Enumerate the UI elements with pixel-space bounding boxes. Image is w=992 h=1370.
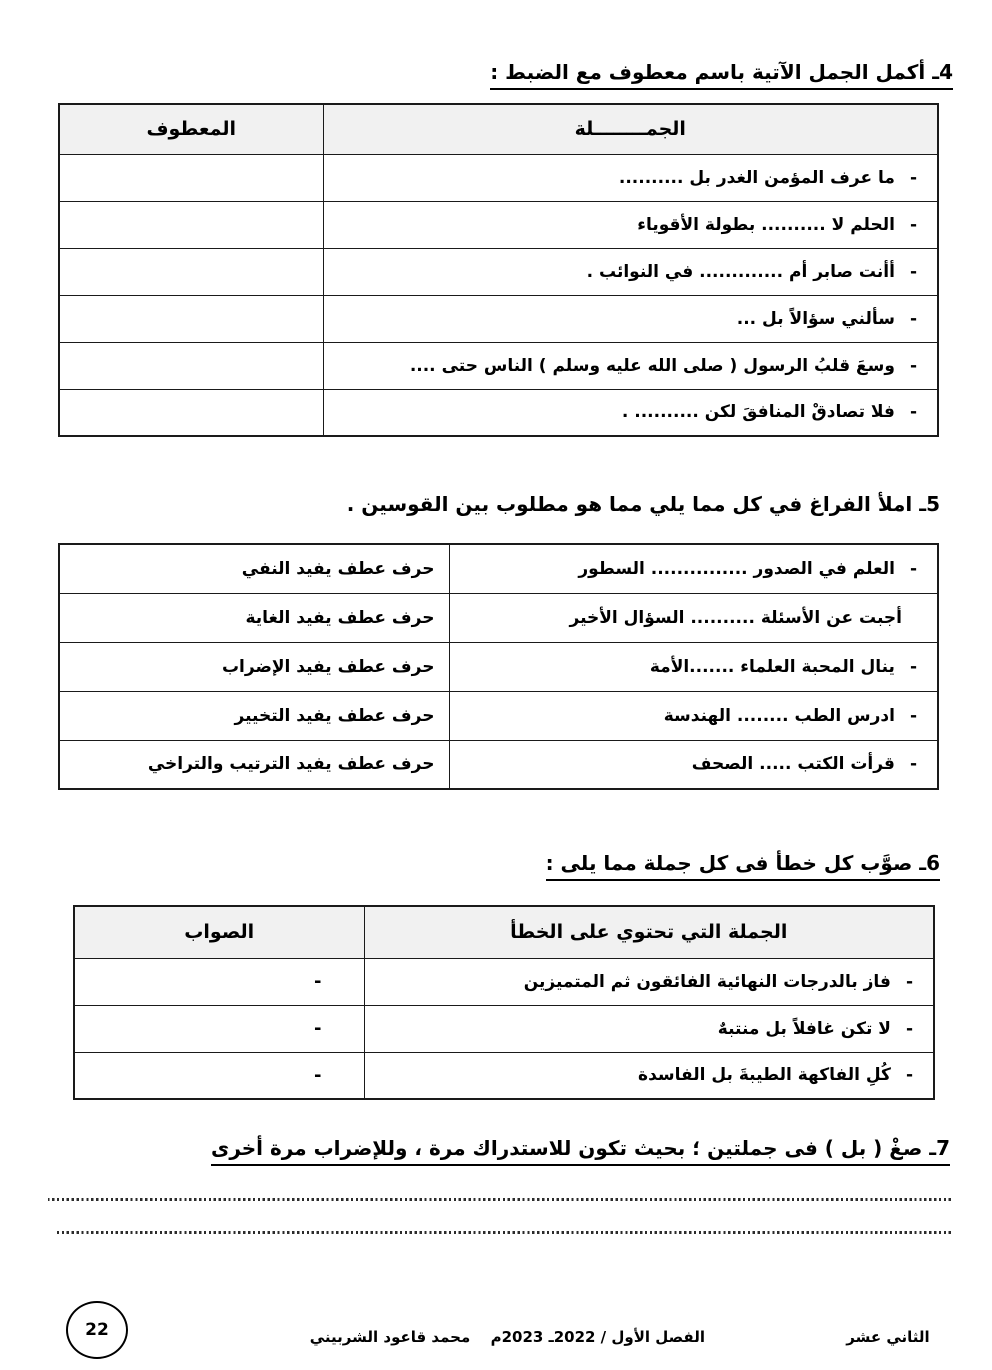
table-row: -قرأت الكتب ..... الصحف حرف عطف يفيد الت… xyxy=(59,740,938,789)
sentence-text: قرأت الكتب ..... الصحف xyxy=(692,754,895,774)
table-row: -ادرس الطب ........ الهندسة حرف عطف يفيد… xyxy=(59,691,938,740)
answer-dotted-line xyxy=(48,1198,951,1201)
answer-blank-cell xyxy=(59,248,323,295)
dash-bullet: - xyxy=(910,754,917,774)
hint-cell: حرف عطف يفيد الترتيب والتراخي xyxy=(59,740,449,789)
dash-bullet: - xyxy=(910,215,917,235)
table-row: -العلم في الصدور ............... السطور … xyxy=(59,544,938,593)
table-row: -لا تكن غافلاً بل منتبهٌ - xyxy=(74,1005,934,1052)
sentence-cell: -ادرس الطب ........ الهندسة xyxy=(449,691,938,740)
sentence-cell: -العلم في الصدور ............... السطور xyxy=(449,544,938,593)
sentence-cell: -قرأت الكتب ..... الصحف xyxy=(449,740,938,789)
sentence-cell: -الحلم لا .......... بطولة الأقوياء xyxy=(323,201,938,248)
sentence-text: ينال المحبة العلماء .......الأمة xyxy=(650,657,895,677)
correction-cell: - xyxy=(74,1005,364,1052)
question-6-title: 6ـ صوَّب كل خطأ فى كل جملة مما يلى : xyxy=(546,851,940,881)
answer-blank-cell xyxy=(59,201,323,248)
sentence-cell: -وسعَ قلبُ الرسول ( صلى الله عليه وسلم )… xyxy=(323,342,938,389)
column-header-sentence: الجمــــــــلة xyxy=(323,104,938,154)
dash-bullet: - xyxy=(910,657,917,677)
sentence-cell: -أأنت صابر أم ............. في النوائب . xyxy=(323,248,938,295)
hint-cell: حرف عطف يفيد الغاية xyxy=(59,593,449,642)
table-row: -كُلِ الفاكهة الطيبةَ بل الفاسدة - xyxy=(74,1052,934,1099)
dash-bullet: - xyxy=(906,1065,913,1085)
sentence-cell: -ينال المحبة العلماء .......الأمة xyxy=(449,642,938,691)
sentence-cell: -فلا تصادقْ المنافقَ لكن .......... . xyxy=(323,389,938,436)
worksheet-page: { "colors": { "header_bg": "#f1f1f1", "t… xyxy=(0,0,992,1370)
dash-bullet: - xyxy=(910,559,917,579)
hint-cell: حرف عطف يفيد الإضراب xyxy=(59,642,449,691)
table-row: -ينال المحبة العلماء .......الأمة حرف عط… xyxy=(59,642,938,691)
answer-blank-cell xyxy=(59,154,323,201)
sentence-text: أأنت صابر أم ............. في النوائب . xyxy=(587,262,895,282)
table-header-row: الجمــــــــلة المعطوف xyxy=(59,104,938,154)
column-header-wrong-sentence: الجملة التي تحتوي على الخطأ xyxy=(364,906,934,958)
dash-bullet: - xyxy=(906,972,913,992)
sentence-text: العلم في الصدور ............... السطور xyxy=(578,559,895,579)
column-header-matoof: المعطوف xyxy=(59,104,323,154)
sentence-text: فاز بالدرجات النهائية الفائقون ثم المتمي… xyxy=(524,972,891,992)
table-row: -ما عرف المؤمن الغدر بل .......... xyxy=(59,154,938,201)
table-row: -سألني سؤالاً بل ... xyxy=(59,295,938,342)
sentence-text: سألني سؤالاً بل ... xyxy=(737,309,895,329)
footer-author: محمد قاعود الشربيني xyxy=(300,1328,480,1346)
answer-blank-cell xyxy=(59,342,323,389)
sentence-cell: -سألني سؤالاً بل ... xyxy=(323,295,938,342)
answer-blank-cell xyxy=(59,389,323,436)
table-row: أجبت عن الأسئلة .......... السؤال الأخير… xyxy=(59,593,938,642)
footer-term: الفصل الأول / 2022ـ 2023م xyxy=(525,1328,705,1346)
hint-cell: حرف عطف يفيد النفي xyxy=(59,544,449,593)
sentence-text: فلا تصادقْ المنافقَ لكن .......... . xyxy=(622,402,895,422)
sentence-cell: أجبت عن الأسئلة .......... السؤال الأخير xyxy=(449,593,938,642)
sentence-text: لا تكن غافلاً بل منتبهٌ xyxy=(718,1019,891,1039)
dash-bullet: - xyxy=(910,309,917,329)
question-7-title-text: 7ـ صغْ ( بل ) فى جملتين ؛ بحيث تكون للاس… xyxy=(211,1136,950,1166)
sentence-cell: -لا تكن غافلاً بل منتبهٌ xyxy=(364,1005,934,1052)
dash-bullet: - xyxy=(910,706,917,726)
sentence-cell: -فاز بالدرجات النهائية الفائقون ثم المتم… xyxy=(364,958,934,1005)
sentence-text: ما عرف المؤمن الغدر بل .......... xyxy=(619,168,895,188)
question-4-title-text: 4ـ أكمل الجمل الآتية باسم معطوف مع الضبط… xyxy=(490,60,953,90)
table-row: -أأنت صابر أم ............. في النوائب . xyxy=(59,248,938,295)
sentence-cell: -كُلِ الفاكهة الطيبةَ بل الفاسدة xyxy=(364,1052,934,1099)
table-row: -فاز بالدرجات النهائية الفائقون ثم المتم… xyxy=(74,958,934,1005)
dash-bullet: - xyxy=(910,168,917,188)
table-row: -فلا تصادقْ المنافقَ لكن .......... . xyxy=(59,389,938,436)
column-header-correct: الصواب xyxy=(74,906,364,958)
question-6-table: الجملة التي تحتوي على الخطأ الصواب -فاز … xyxy=(73,905,935,1100)
footer-grade: الثاني عشر xyxy=(838,1328,938,1346)
answer-dotted-line xyxy=(57,1231,951,1234)
question-4-table: الجمــــــــلة المعطوف -ما عرف المؤمن ال… xyxy=(58,103,939,437)
table-row: -الحلم لا .......... بطولة الأقوياء xyxy=(59,201,938,248)
question-7-title: 7ـ صغْ ( بل ) فى جملتين ؛ بحيث تكون للاس… xyxy=(211,1136,950,1166)
table-row: -وسعَ قلبُ الرسول ( صلى الله عليه وسلم )… xyxy=(59,342,938,389)
dash-bullet: - xyxy=(910,402,917,422)
table-header-row: الجملة التي تحتوي على الخطأ الصواب xyxy=(74,906,934,958)
sentence-text: ادرس الطب ........ الهندسة xyxy=(664,706,895,726)
page-number: 22 xyxy=(85,1320,109,1340)
sentence-text: وسعَ قلبُ الرسول ( صلى الله عليه وسلم ) … xyxy=(410,356,895,376)
page-number-badge: 22 xyxy=(66,1301,128,1359)
question-4-title: 4ـ أكمل الجمل الآتية باسم معطوف مع الضبط… xyxy=(490,60,953,90)
sentence-text: أجبت عن الأسئلة .......... السؤال الأخير xyxy=(570,608,903,628)
sentence-text: كُلِ الفاكهة الطيبةَ بل الفاسدة xyxy=(638,1065,891,1085)
dash-bullet: - xyxy=(910,262,917,282)
question-5-table: -العلم في الصدور ............... السطور … xyxy=(58,543,939,790)
correction-cell: - xyxy=(74,1052,364,1099)
question-6-title-text: 6ـ صوَّب كل خطأ فى كل جملة مما يلى : xyxy=(546,851,940,881)
sentence-text: الحلم لا .......... بطولة الأقوياء xyxy=(637,215,895,235)
question-5-title-text: 5ـ املأ الفراغ في كل مما يلي مما هو مطلو… xyxy=(347,492,940,516)
sentence-cell: -ما عرف المؤمن الغدر بل .......... xyxy=(323,154,938,201)
correction-cell: - xyxy=(74,958,364,1005)
dash-bullet: - xyxy=(906,1019,913,1039)
dash-bullet: - xyxy=(910,356,917,376)
question-5-title: 5ـ املأ الفراغ في كل مما يلي مما هو مطلو… xyxy=(347,492,940,516)
hint-cell: حرف عطف يفيد التخيير xyxy=(59,691,449,740)
answer-blank-cell xyxy=(59,295,323,342)
